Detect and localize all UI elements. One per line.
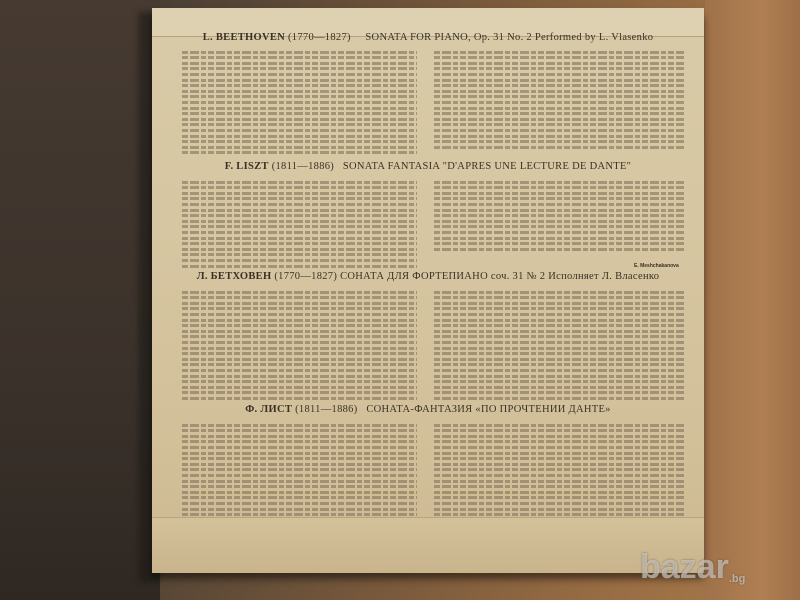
composer-dates: (1811—1886)	[272, 161, 334, 172]
text-column-beethoven-en-left	[182, 48, 417, 158]
text-column-beethoven-ru-left	[182, 288, 417, 400]
composer-dates: (1770—1827)	[274, 271, 337, 282]
work-title: СОНАТА ДЛЯ ФОРТЕПИАНО соч. 31 № 2 Исполн…	[340, 271, 659, 282]
composer-name: F. LISZT	[225, 161, 269, 172]
composer-name: Л. БЕТХОВЕН	[197, 271, 272, 282]
composer-name: Ф. ЛИСТ	[245, 404, 292, 415]
text-column-beethoven-ru-right	[434, 288, 684, 400]
work-title: SONATA FOR PIANO, Op. 31 No. 2 Performed…	[365, 32, 653, 43]
heading-beethoven-en: L. BEETHOVEN (1770—1827) SONATA FOR PIAN…	[152, 32, 704, 43]
record-back-cover: L. BEETHOVEN (1770—1827) SONATA FOR PIAN…	[152, 8, 704, 573]
wooden-table-right	[705, 0, 800, 600]
work-title: СОНАТА-ФАНТАЗИЯ «ПО ПРОЧТЕНИИ ДАНТЕ»	[366, 404, 610, 415]
watermark-tld: .bg	[729, 573, 746, 585]
page-number: 9	[435, 536, 439, 542]
work-title: SONATA FANTASIA "D'APRES UNE LECTURE DE …	[343, 161, 631, 172]
wooden-table-left	[0, 0, 160, 600]
signature-ru: Е. Мещеракова	[622, 523, 659, 529]
text-column-liszt-ru-right	[434, 421, 684, 519]
text-column-liszt-en-left	[182, 178, 417, 270]
composer-dates: (1811—1886)	[295, 404, 357, 415]
heading-liszt-ru: Ф. ЛИСТ (1811—1886) СОНАТА-ФАНТАЗИЯ «ПО …	[152, 404, 704, 415]
composer-name: L. BEETHOVEN	[203, 32, 285, 43]
composer-dates: (1770—1827)	[288, 32, 351, 43]
heading-beethoven-ru: Л. БЕТХОВЕН (1770—1827) СОНАТА ДЛЯ ФОРТЕ…	[152, 271, 704, 282]
heading-liszt-en: F. LISZT (1811—1886) SONATA FANTASIA "D'…	[152, 161, 704, 172]
text-column-liszt-en-right	[434, 178, 684, 258]
made-in-label: MADE IN USSR	[377, 536, 426, 542]
signature-en: E. Meshchakanova	[634, 263, 679, 269]
text-column-beethoven-en-right	[434, 48, 684, 158]
watermark-brand: bazar	[640, 548, 729, 586]
watermark-logo: bazar.bg	[640, 548, 745, 587]
text-column-liszt-ru-left	[182, 421, 417, 533]
